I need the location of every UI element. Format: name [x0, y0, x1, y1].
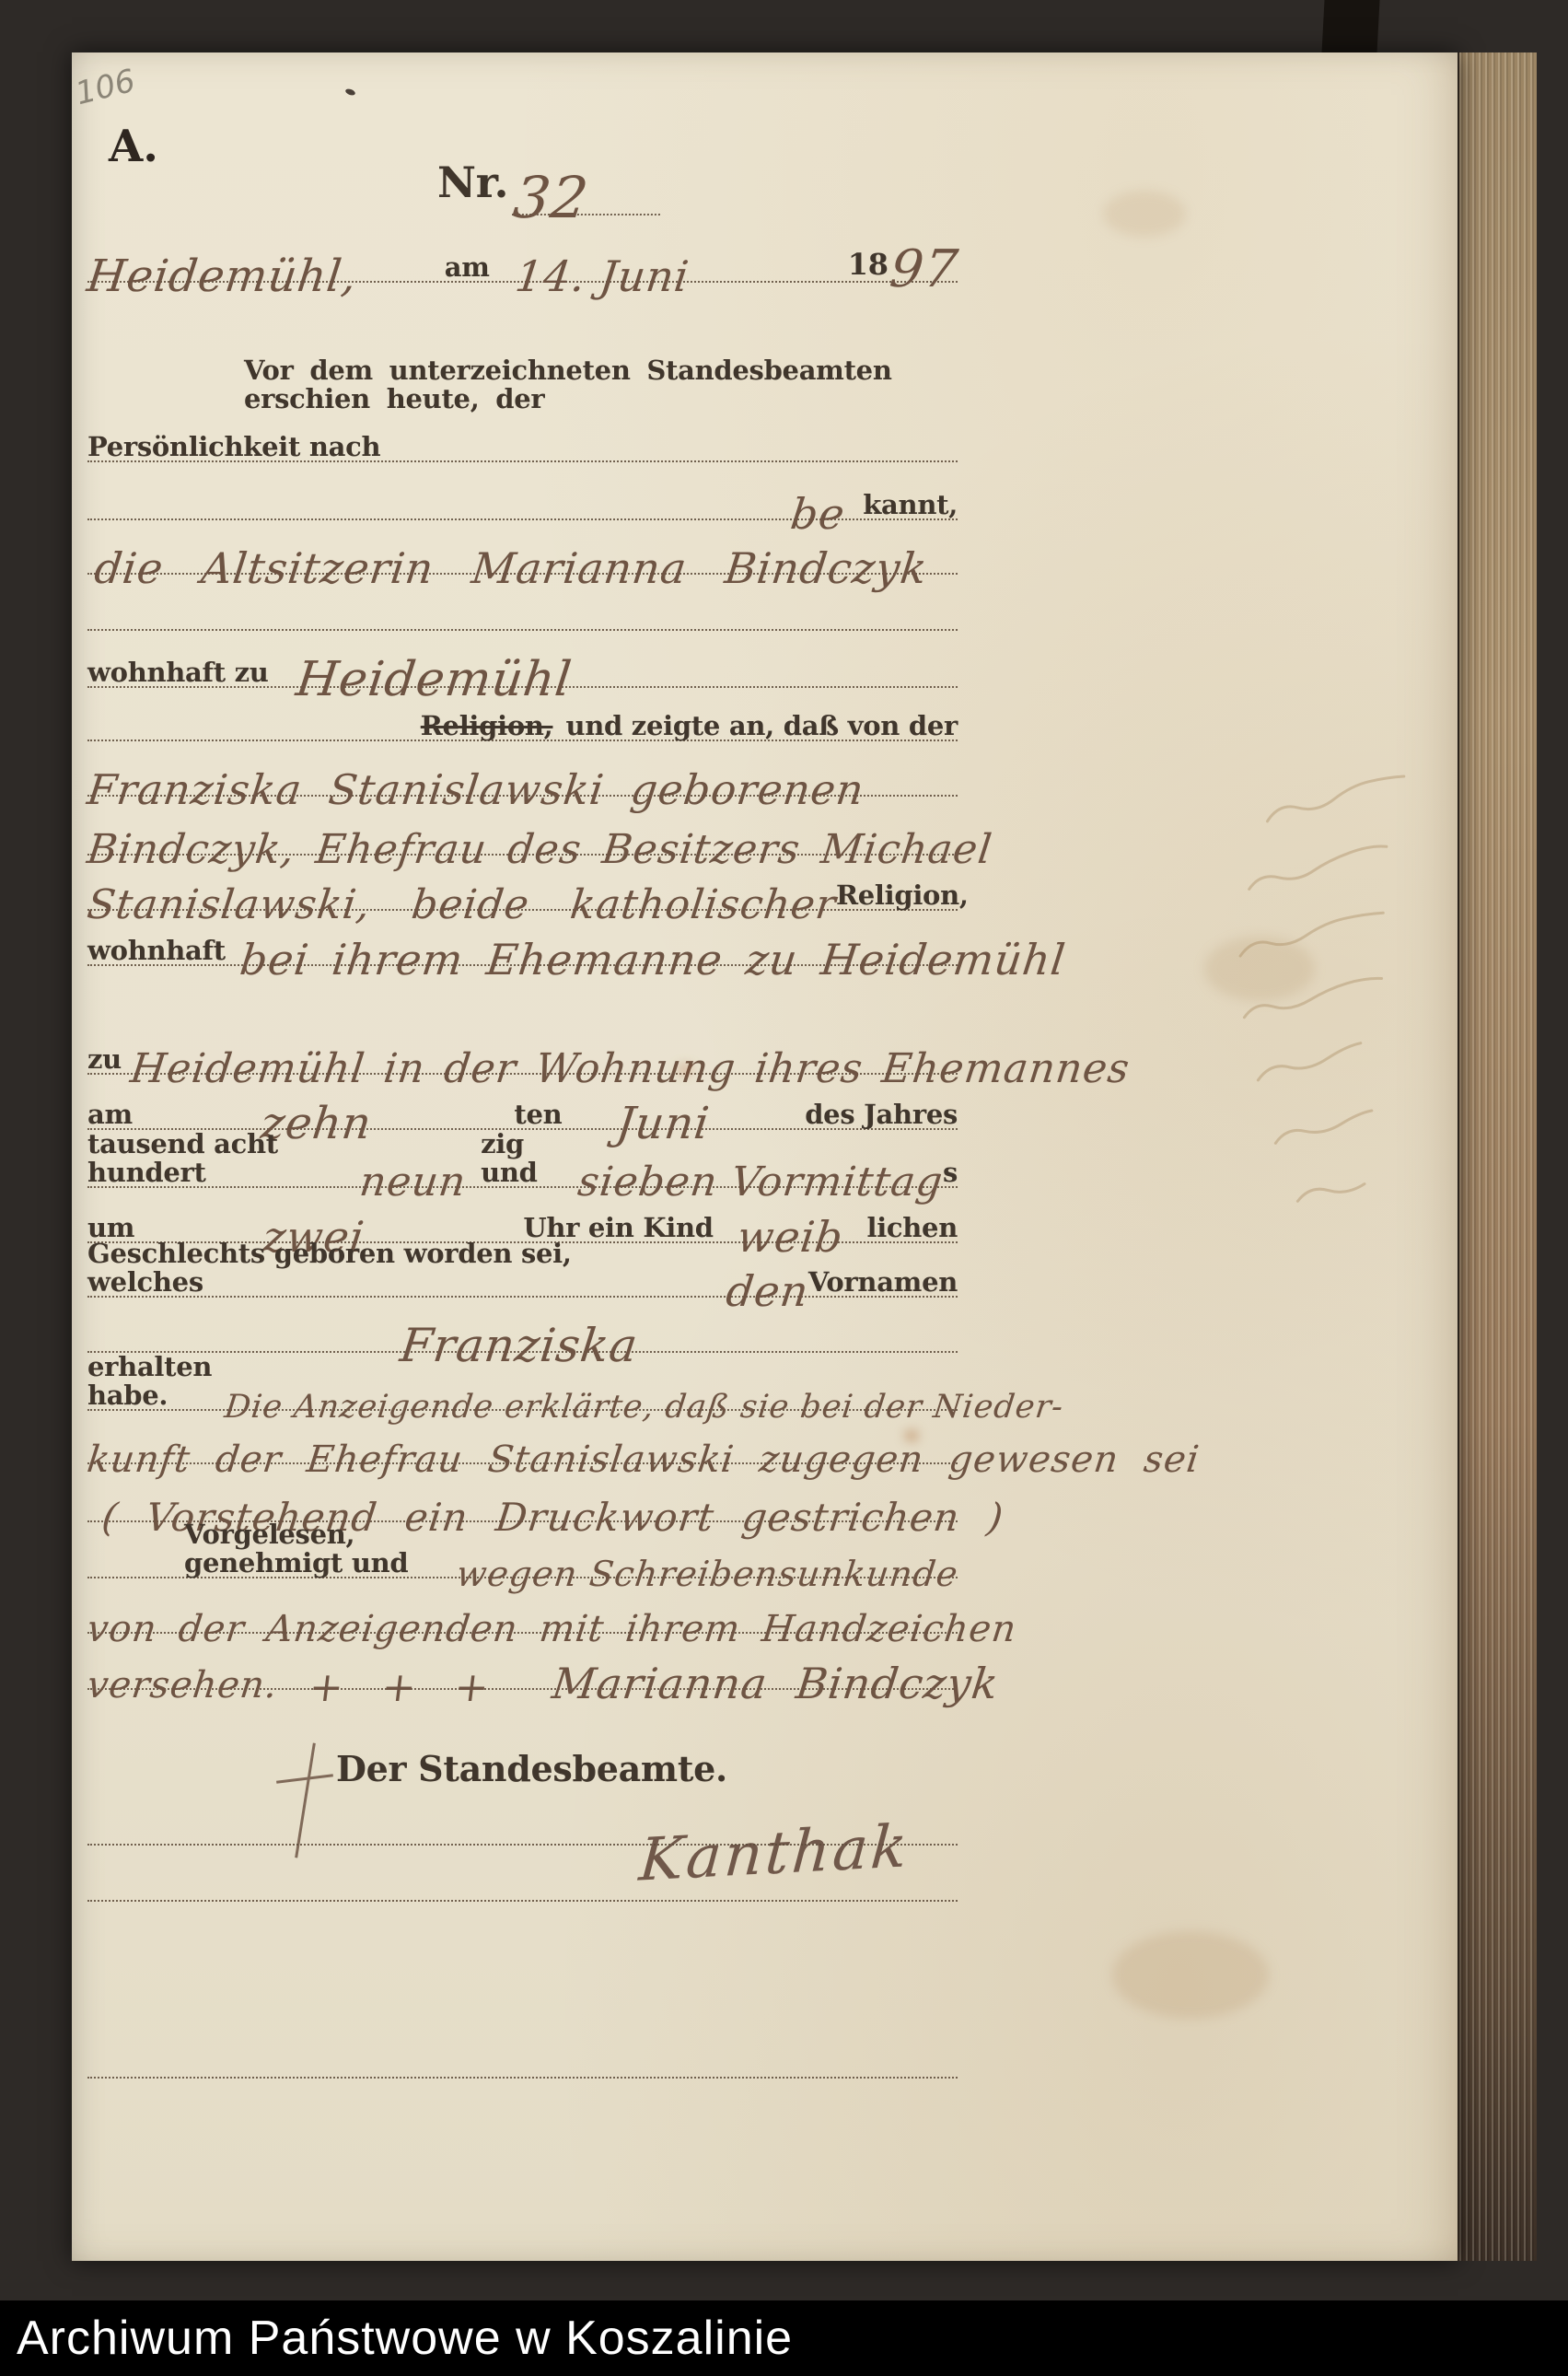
- nr-label: Nr.: [437, 160, 508, 204]
- nr-value: 32: [512, 182, 664, 215]
- scanned-register-page: 106 A. Nr. 32 Heidemühl, am 14. Juni 18 …: [0, 0, 1568, 2376]
- persoenlichkeit-line: Persönlichkeit nach: [87, 405, 958, 462]
- und-zeigte-text: und zeigte an, daß von der: [565, 712, 958, 740]
- bekannt-printed: kannt,: [863, 491, 958, 518]
- declarant-signature: Marianna Bindczyk: [552, 1672, 1001, 1695]
- lichen-label: lichen: [866, 1214, 958, 1241]
- paper-stain: [1112, 1931, 1269, 2019]
- religion-printed: Religion,: [836, 881, 969, 909]
- vorgelesen-line: Vorgelesen, genehmigt und wegen Schreibe…: [87, 1521, 958, 1578]
- birthday-line: am zehn ten Juni des Jahres: [87, 1073, 958, 1130]
- tausend-label: tausend acht hundert: [87, 1130, 340, 1186]
- empty-dotted-line: [87, 620, 958, 631]
- place-date-line: Heidemühl, am 14. Juni 18 97: [87, 226, 958, 283]
- ten-label: ten: [514, 1101, 562, 1128]
- erhalten-habe-label: erhalten habe.: [87, 1353, 212, 1409]
- religion-struck-text: Religion,: [421, 712, 553, 740]
- note3-line: ( Vorstehend ein Druckwort gestrichen ): [87, 1465, 958, 1522]
- handzeichen-marks: + + +: [308, 1677, 503, 1699]
- date-handwritten: 14. Juni: [514, 265, 690, 288]
- am-label: am: [445, 253, 490, 281]
- residence2-handwritten: bei ihrem Ehemanne zu Heidemühl: [238, 949, 1066, 972]
- document-paper: 106 A. Nr. 32 Heidemühl, am 14. Juni 18 …: [72, 52, 1458, 2261]
- pencil-page-number: 106: [72, 63, 139, 113]
- binding-notch: [1321, 0, 1379, 53]
- residence2-line: wohnhaft bei ihrem Ehemanne zu Heidemühl: [87, 909, 958, 966]
- closing3-handwritten: versehen.: [87, 1675, 279, 1695]
- declarant-line: die Altsitzerin Marianna Bindczyk: [87, 518, 958, 575]
- declarant-name: die Altsitzerin Marianna Bindczyk: [93, 557, 928, 580]
- birthplace-line: zu Heidemühl in der Wohnung ihres Eheman…: [87, 1018, 958, 1075]
- foxing-spot: [679, 1066, 691, 1074]
- archive-name: Archiwum Państwowe w Koszalinie: [0, 2312, 793, 2365]
- geschlechts-label: Geschlechts geboren worden sei, welches: [87, 1240, 644, 1296]
- trailing-dotted-line-2: [87, 1891, 958, 1902]
- hour-line: um zwei Uhr ein Kind weib lichen: [87, 1186, 958, 1243]
- vorgelesen-label: Vorgelesen, genehmigt und: [184, 1520, 440, 1577]
- year-handwritten: 97: [889, 256, 959, 285]
- year-words-line: tausend acht hundert neun zig und sieben…: [87, 1131, 958, 1188]
- bleed-through-ink: [1209, 762, 1476, 1240]
- zig-und-label: zig und: [481, 1130, 567, 1186]
- persoenlichkeit-text: Persönlichkeit nach: [87, 433, 380, 460]
- closing2-line: von der Anzeigenden mit ihrem Handzeiche…: [87, 1577, 958, 1634]
- mother-line-2: Bindczyk, Ehefrau des Besitzers Michael: [87, 798, 958, 856]
- zu-label: zu: [87, 1045, 122, 1073]
- paper-stain: [1204, 937, 1315, 1001]
- year-printed: 18: [848, 250, 889, 281]
- ink-speck: [344, 87, 355, 96]
- childname-line: Franziska: [87, 1296, 958, 1353]
- residence-line: wohnhaft zu Heidemühl: [87, 631, 958, 688]
- religion-struck-line: Religion, und zeigte an, daß von der: [87, 684, 958, 741]
- mother-line-3: Stanislawski, beide katholischer Religio…: [87, 854, 958, 911]
- erhalten-line: erhalten habe. Die Anzeigende erklärte, …: [87, 1354, 958, 1411]
- mother-line-1: Franziska Stanislawski geborenen: [87, 740, 958, 797]
- place-handwritten: Heidemühl,: [86, 264, 358, 288]
- wohnhaft-label: wohnhaft: [87, 937, 226, 964]
- note2-line: kunft der Ehefrau Stanislawski zugegen g…: [87, 1407, 958, 1464]
- trailing-dotted-line-3: [87, 2067, 958, 2079]
- paper-stain: [1103, 191, 1186, 237]
- am2-label: am: [87, 1101, 133, 1128]
- versehen-line: versehen. + + + Marianna Bindczyk: [87, 1633, 958, 1690]
- vornamen-label: Vornamen: [808, 1268, 958, 1296]
- archive-watermark-bar: Archiwum Państwowe w Koszalinie: [0, 2300, 1568, 2376]
- wohnhaft-zu-label: wohnhaft zu: [87, 658, 269, 686]
- intro-text: Vor dem unterzeichneten Standesbeamten e…: [244, 356, 958, 413]
- des-jahres-label: des Jahres: [805, 1101, 958, 1128]
- record-number-line: Nr. 32: [87, 140, 958, 204]
- bekannt-line: be kannt,: [87, 463, 958, 520]
- trailing-dotted-line-1: [87, 1834, 958, 1846]
- registrar-signature-line: Kanthak: [87, 1762, 958, 1863]
- geschlecht-line: Geschlechts geboren worden sei, welches …: [87, 1240, 958, 1298]
- foxing-spot: [905, 1431, 918, 1440]
